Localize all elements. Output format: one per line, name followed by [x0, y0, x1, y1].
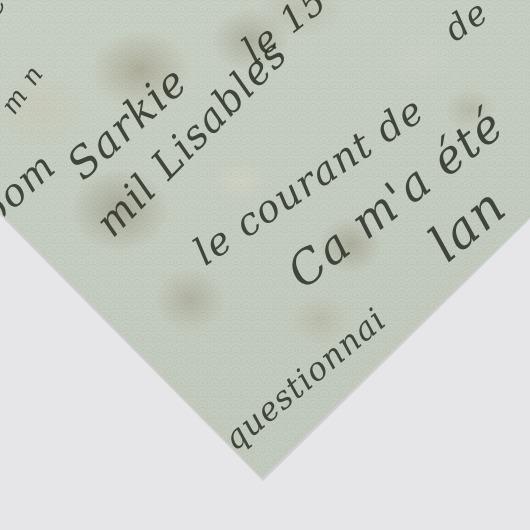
handwriting-line: e é — [0, 0, 15, 52]
handwriting-line: m n — [0, 60, 50, 120]
photo-stage: e é m n Sarkie le 15 m bom mil Lisables … — [0, 0, 530, 530]
handwriting-layer: e é m n Sarkie le 15 m bom mil Lisables … — [0, 0, 530, 530]
handwriting-line: bom — [0, 144, 64, 234]
handwriting-line: de — [437, 0, 496, 50]
